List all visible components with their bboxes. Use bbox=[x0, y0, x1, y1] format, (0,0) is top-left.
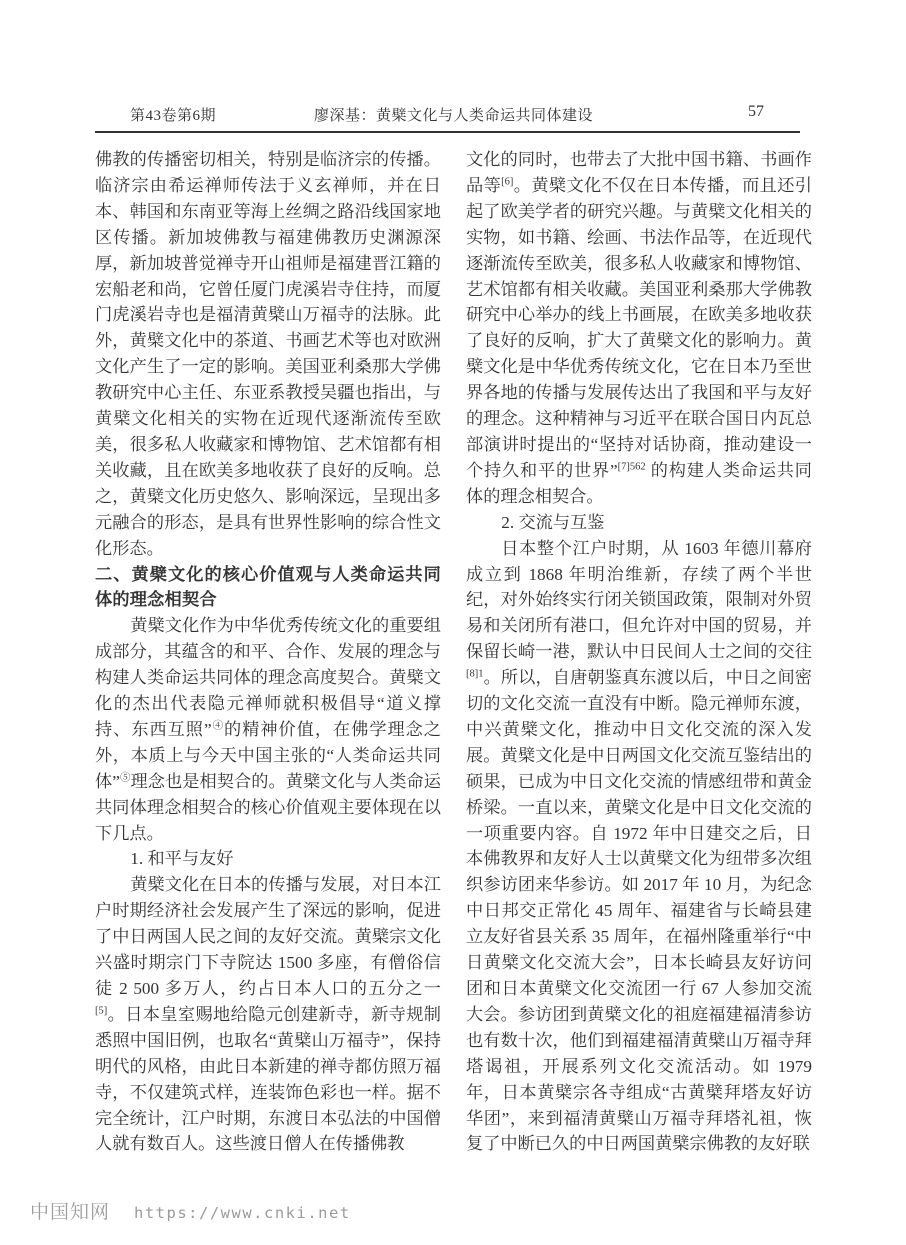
cnki-watermark: 中国知网 https://www.cnki.net bbox=[30, 1197, 351, 1224]
header-running-title: 廖深基：黄檗文化与人类命运共同体建设 bbox=[95, 104, 812, 125]
continuation: 文化的同时，也带去了大批中国书籍、书画作品等[6]。黄檗文化不仅在日本传播，而且… bbox=[466, 147, 812, 510]
subheading: 1. 和平与友好 bbox=[95, 846, 441, 872]
citation-superscript: [8]1 bbox=[466, 668, 484, 679]
cnki-site-url: https://www.cnki.net bbox=[134, 1204, 351, 1222]
header-rule bbox=[95, 131, 800, 133]
continuation: 佛教的传播密切相关，特别是临济宗的传播。临济宗由希运禅师传法于义玄禅师，并在日本… bbox=[95, 147, 441, 562]
left-column: 佛教的传播密切相关，特别是临济宗的传播。临济宗由希运禅师传法于义玄禅师，并在日本… bbox=[95, 147, 441, 1159]
paragraph: 黄檗文化作为中华优秀传统文化的重要组成部分，其蕴含的和平、合作、发展的理念与构建… bbox=[95, 613, 441, 846]
journal-page: 第43卷第6期 廖深基：黄檗文化与人类命运共同体建设 57 佛教的传播密切相关，… bbox=[0, 0, 906, 1245]
cnki-site-name: 中国知网 bbox=[30, 1197, 110, 1224]
citation-superscript: [5] bbox=[95, 1005, 107, 1016]
paragraph: 黄檗文化在日本的传播与发展，对日本江户时期经济社会发展产生了深远的影响，促进了中… bbox=[95, 872, 441, 1157]
article-body: 佛教的传播密切相关，特别是临济宗的传播。临济宗由希运禅师传法于义玄禅师，并在日本… bbox=[95, 147, 812, 1159]
section-heading: 二、黄檗文化的核心价值观与人类命运共同体的理念相契合 bbox=[95, 562, 441, 614]
right-column: 文化的同时，也带去了大批中国书籍、书画作品等[6]。黄檗文化不仅在日本传播，而且… bbox=[466, 147, 812, 1159]
subheading: 2. 交流与互鉴 bbox=[466, 510, 812, 536]
citation-superscript: ⑤ bbox=[120, 772, 131, 783]
header-page-number: 57 bbox=[748, 103, 764, 121]
paragraph: 日本整个江户时期，从 1603 年德川幕府成立到 1868 年明治维新，存续了两… bbox=[466, 536, 812, 1158]
citation-superscript: ④ bbox=[212, 720, 224, 731]
citation-superscript: [7]562 bbox=[618, 461, 646, 472]
citation-superscript: [6] bbox=[501, 176, 513, 187]
